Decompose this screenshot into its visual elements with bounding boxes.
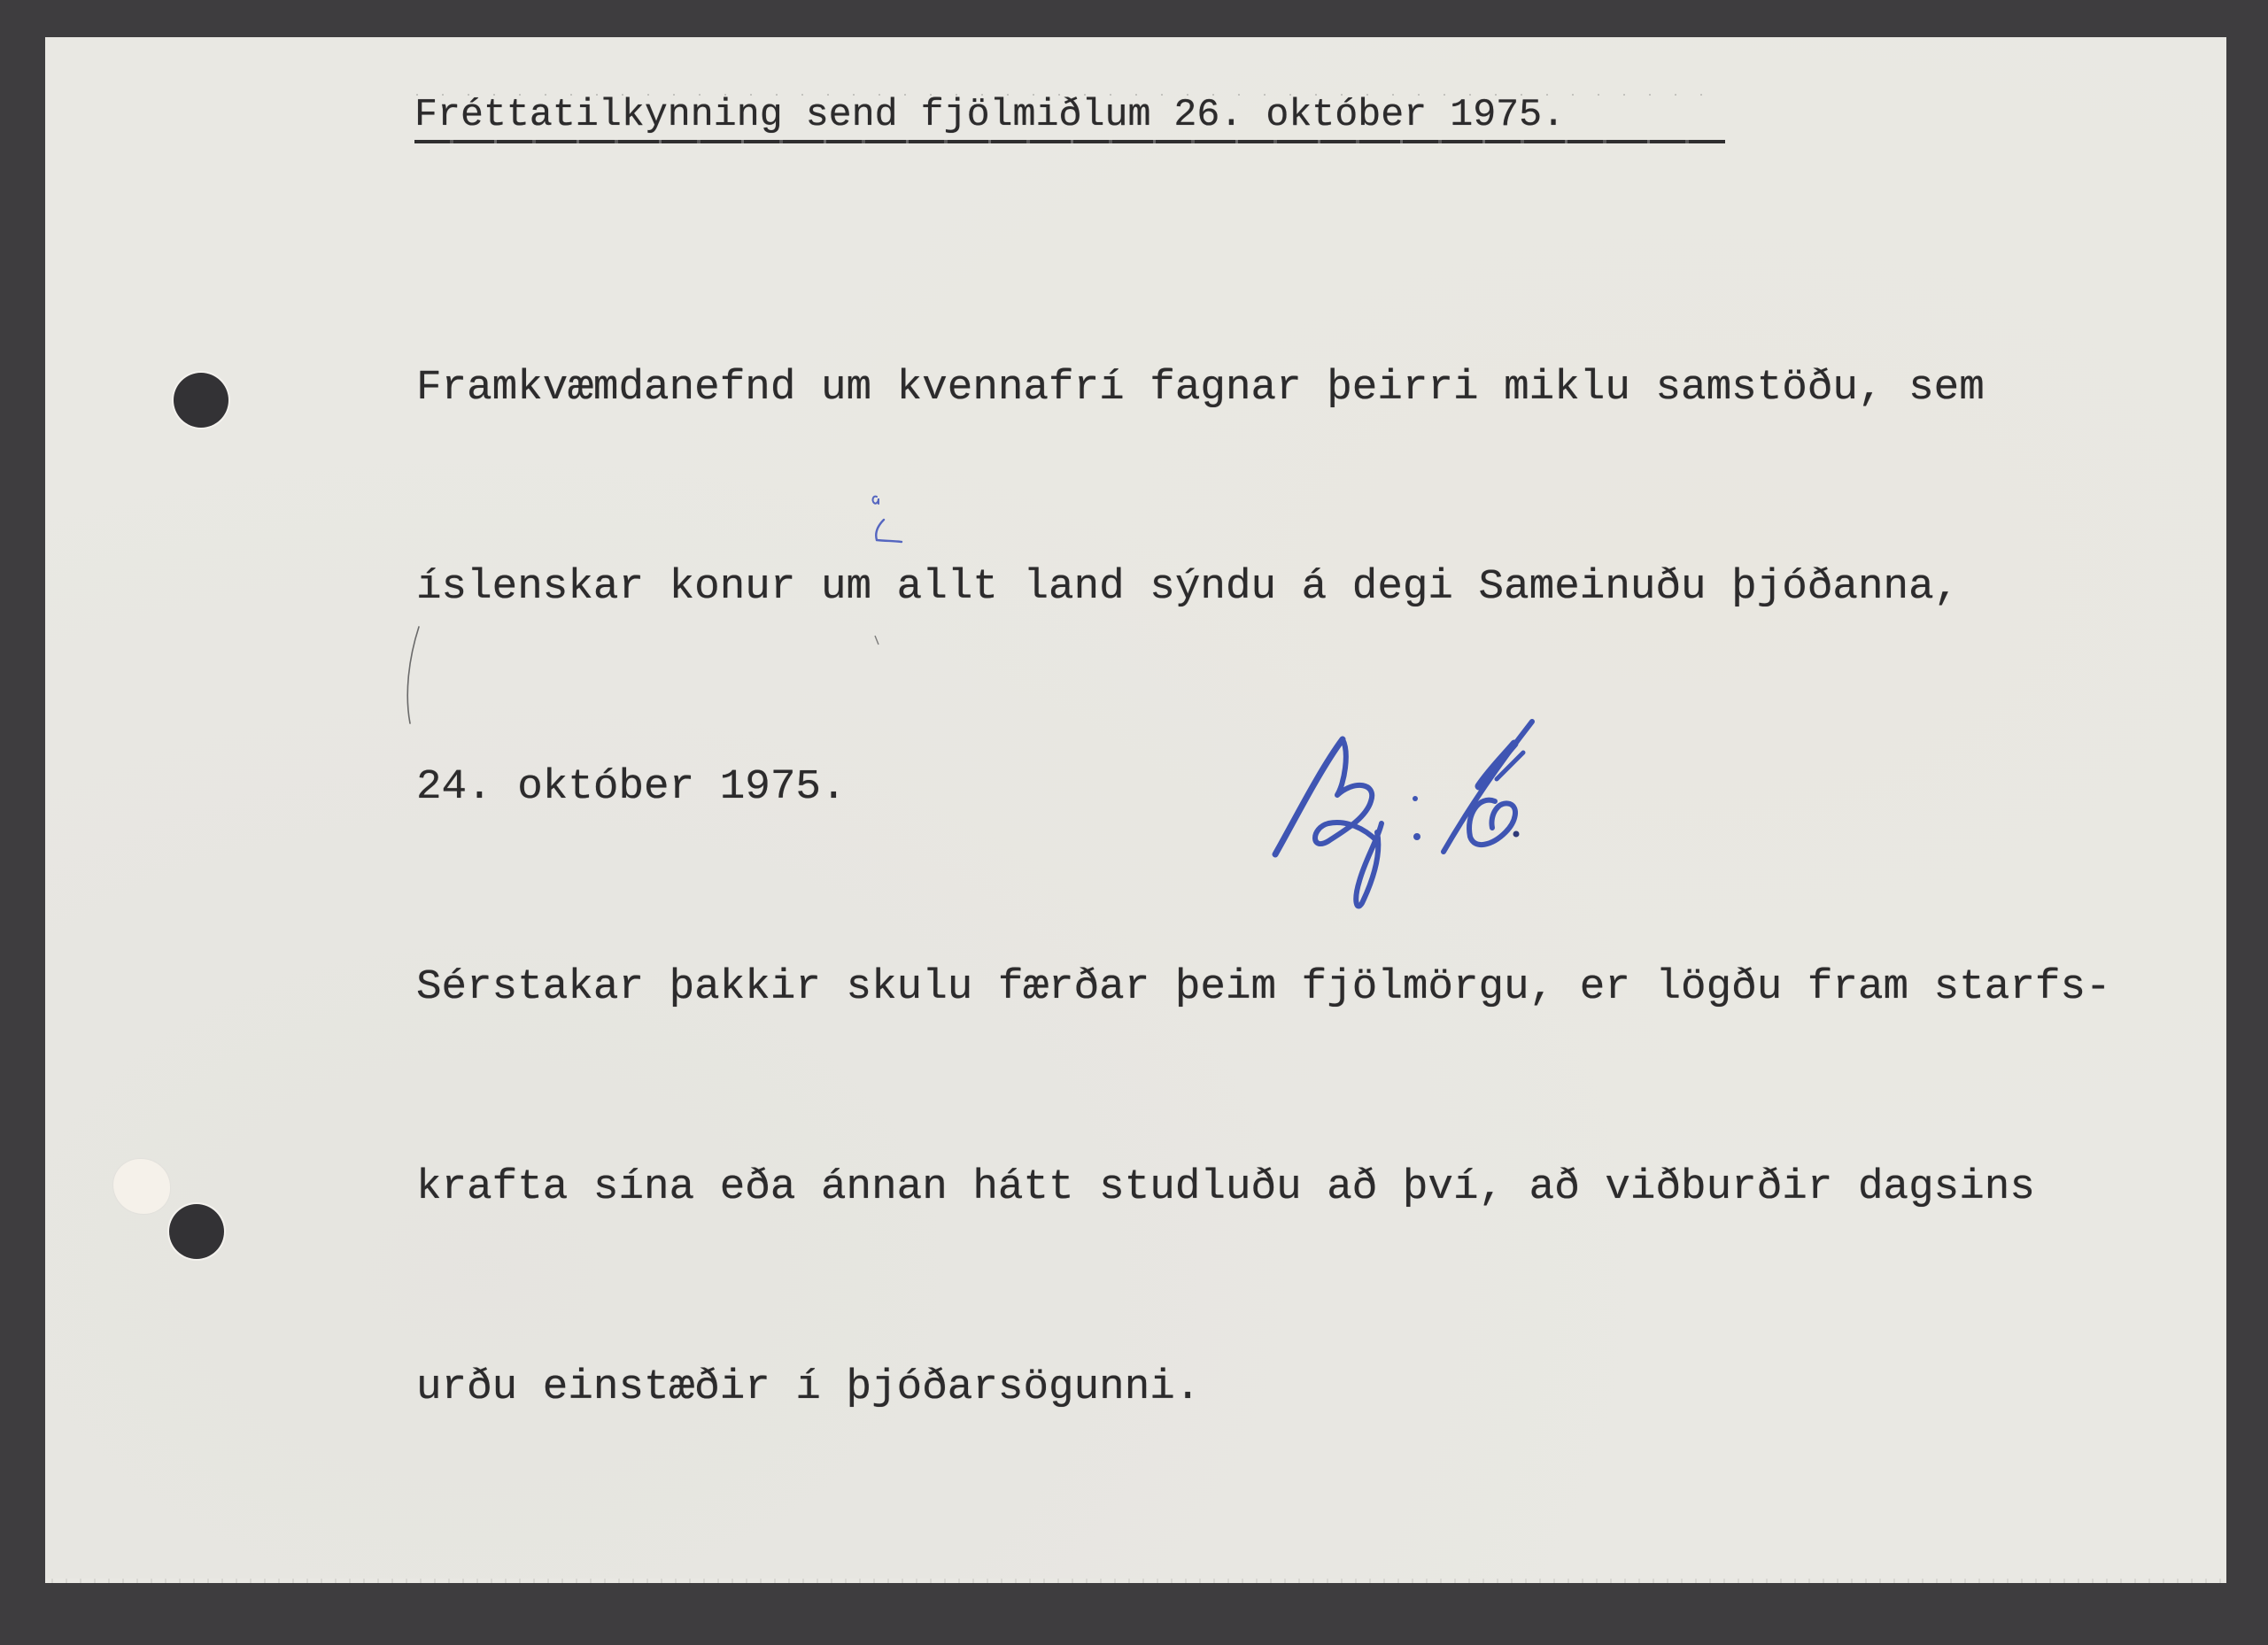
punch-hole-top	[174, 373, 228, 428]
body-line-2: íslenskar konur um allt land sýndu á deg…	[416, 554, 2111, 621]
handwritten-correction-icon	[868, 490, 903, 548]
body-line-6: urðu einstæðir í þjóðarsögunni.	[416, 1355, 2111, 1421]
document-title: Fréttatilkynning send fjölmiðlum 26. okt…	[414, 92, 1565, 140]
reinforcement-patch	[113, 1159, 170, 1214]
body-line-4: Sérstakar þakkir skulu færðar þeim fjölm…	[416, 954, 2111, 1021]
punch-hole-bottom	[169, 1204, 224, 1259]
signature-icon	[1258, 699, 1541, 921]
torn-bottom-edge	[45, 1579, 2226, 1583]
stray-dot-icon	[873, 634, 880, 646]
pencil-mark-icon	[403, 624, 430, 726]
title-underline	[414, 140, 1725, 143]
body-line-1: Framkvæmdanefnd um kvennafrí fagnar þeir…	[416, 355, 2111, 421]
body-line-5: krafta sína eða ánnan hátt studluðu að þ…	[416, 1155, 2111, 1221]
